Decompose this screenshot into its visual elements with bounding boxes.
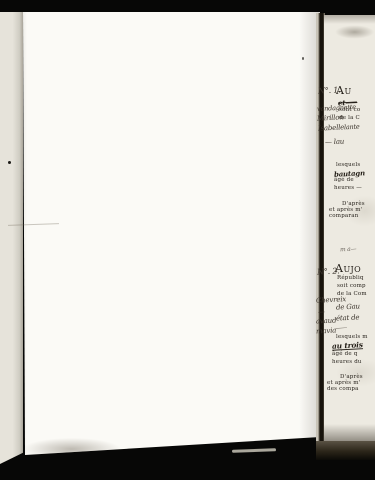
entry2-printed-heures: heures du: [332, 360, 362, 366]
entry1-small-scrawl: m a—: [340, 247, 357, 254]
entry1-printed-age-de: âgé de: [334, 178, 354, 184]
entry2-printed-age-de: âgé de q: [332, 352, 357, 358]
entry1-margin-name-2: Mirillon: [317, 114, 344, 122]
entry1-printed-comparants: comparan: [329, 214, 358, 220]
entry2-manuscript-de-gau: de Gau: [336, 303, 360, 311]
left-page-edge: [0, 12, 23, 464]
entry2-margin-name-3: avaud: [316, 317, 336, 325]
paper-fiber-streak: [232, 448, 276, 453]
entry2-printed-soit: soit comp: [337, 284, 366, 290]
entry2-manuscript-etat: état de: [336, 314, 360, 322]
ink-speck: [302, 57, 304, 60]
entry1-margin-name-5: — lau: [325, 139, 344, 147]
entry2-printed-des-comparants: des compa: [327, 387, 359, 393]
entry1-printed-aujourdhui: Au: [336, 85, 352, 96]
entry2-margin-name-2: —: [318, 309, 325, 316]
entry1-margin-name-3: Isabelle: [318, 124, 345, 132]
table-shadow-below-page: [316, 441, 375, 460]
entry1-printed-heures: heures —: [334, 186, 362, 192]
entry2-printed-republique: Républiq: [337, 276, 364, 282]
entry2-margin-name-4: mavia: [316, 327, 336, 335]
document-scan: N°. 1. Au et⸺ sont co de la C vandagnett…: [0, 0, 375, 480]
entry1-margin-name-4: lante: [344, 124, 360, 131]
entry1-margin-name-1: vandagnette: [317, 104, 356, 113]
recto-page-sliver: N°. 1. Au et⸺ sont co de la C vandagnett…: [316, 13, 375, 445]
blank-verso-page: [21, 12, 320, 458]
entry2-manuscript-scrawl: ⸺: [335, 325, 347, 333]
entry2-printed-lesquels: lesquels m: [336, 335, 368, 341]
entry2-manuscript-au-trois: au trois: [332, 341, 363, 350]
entry2-printed-aujourdhui: Aujo: [335, 263, 361, 274]
ink-speck: [8, 161, 11, 164]
